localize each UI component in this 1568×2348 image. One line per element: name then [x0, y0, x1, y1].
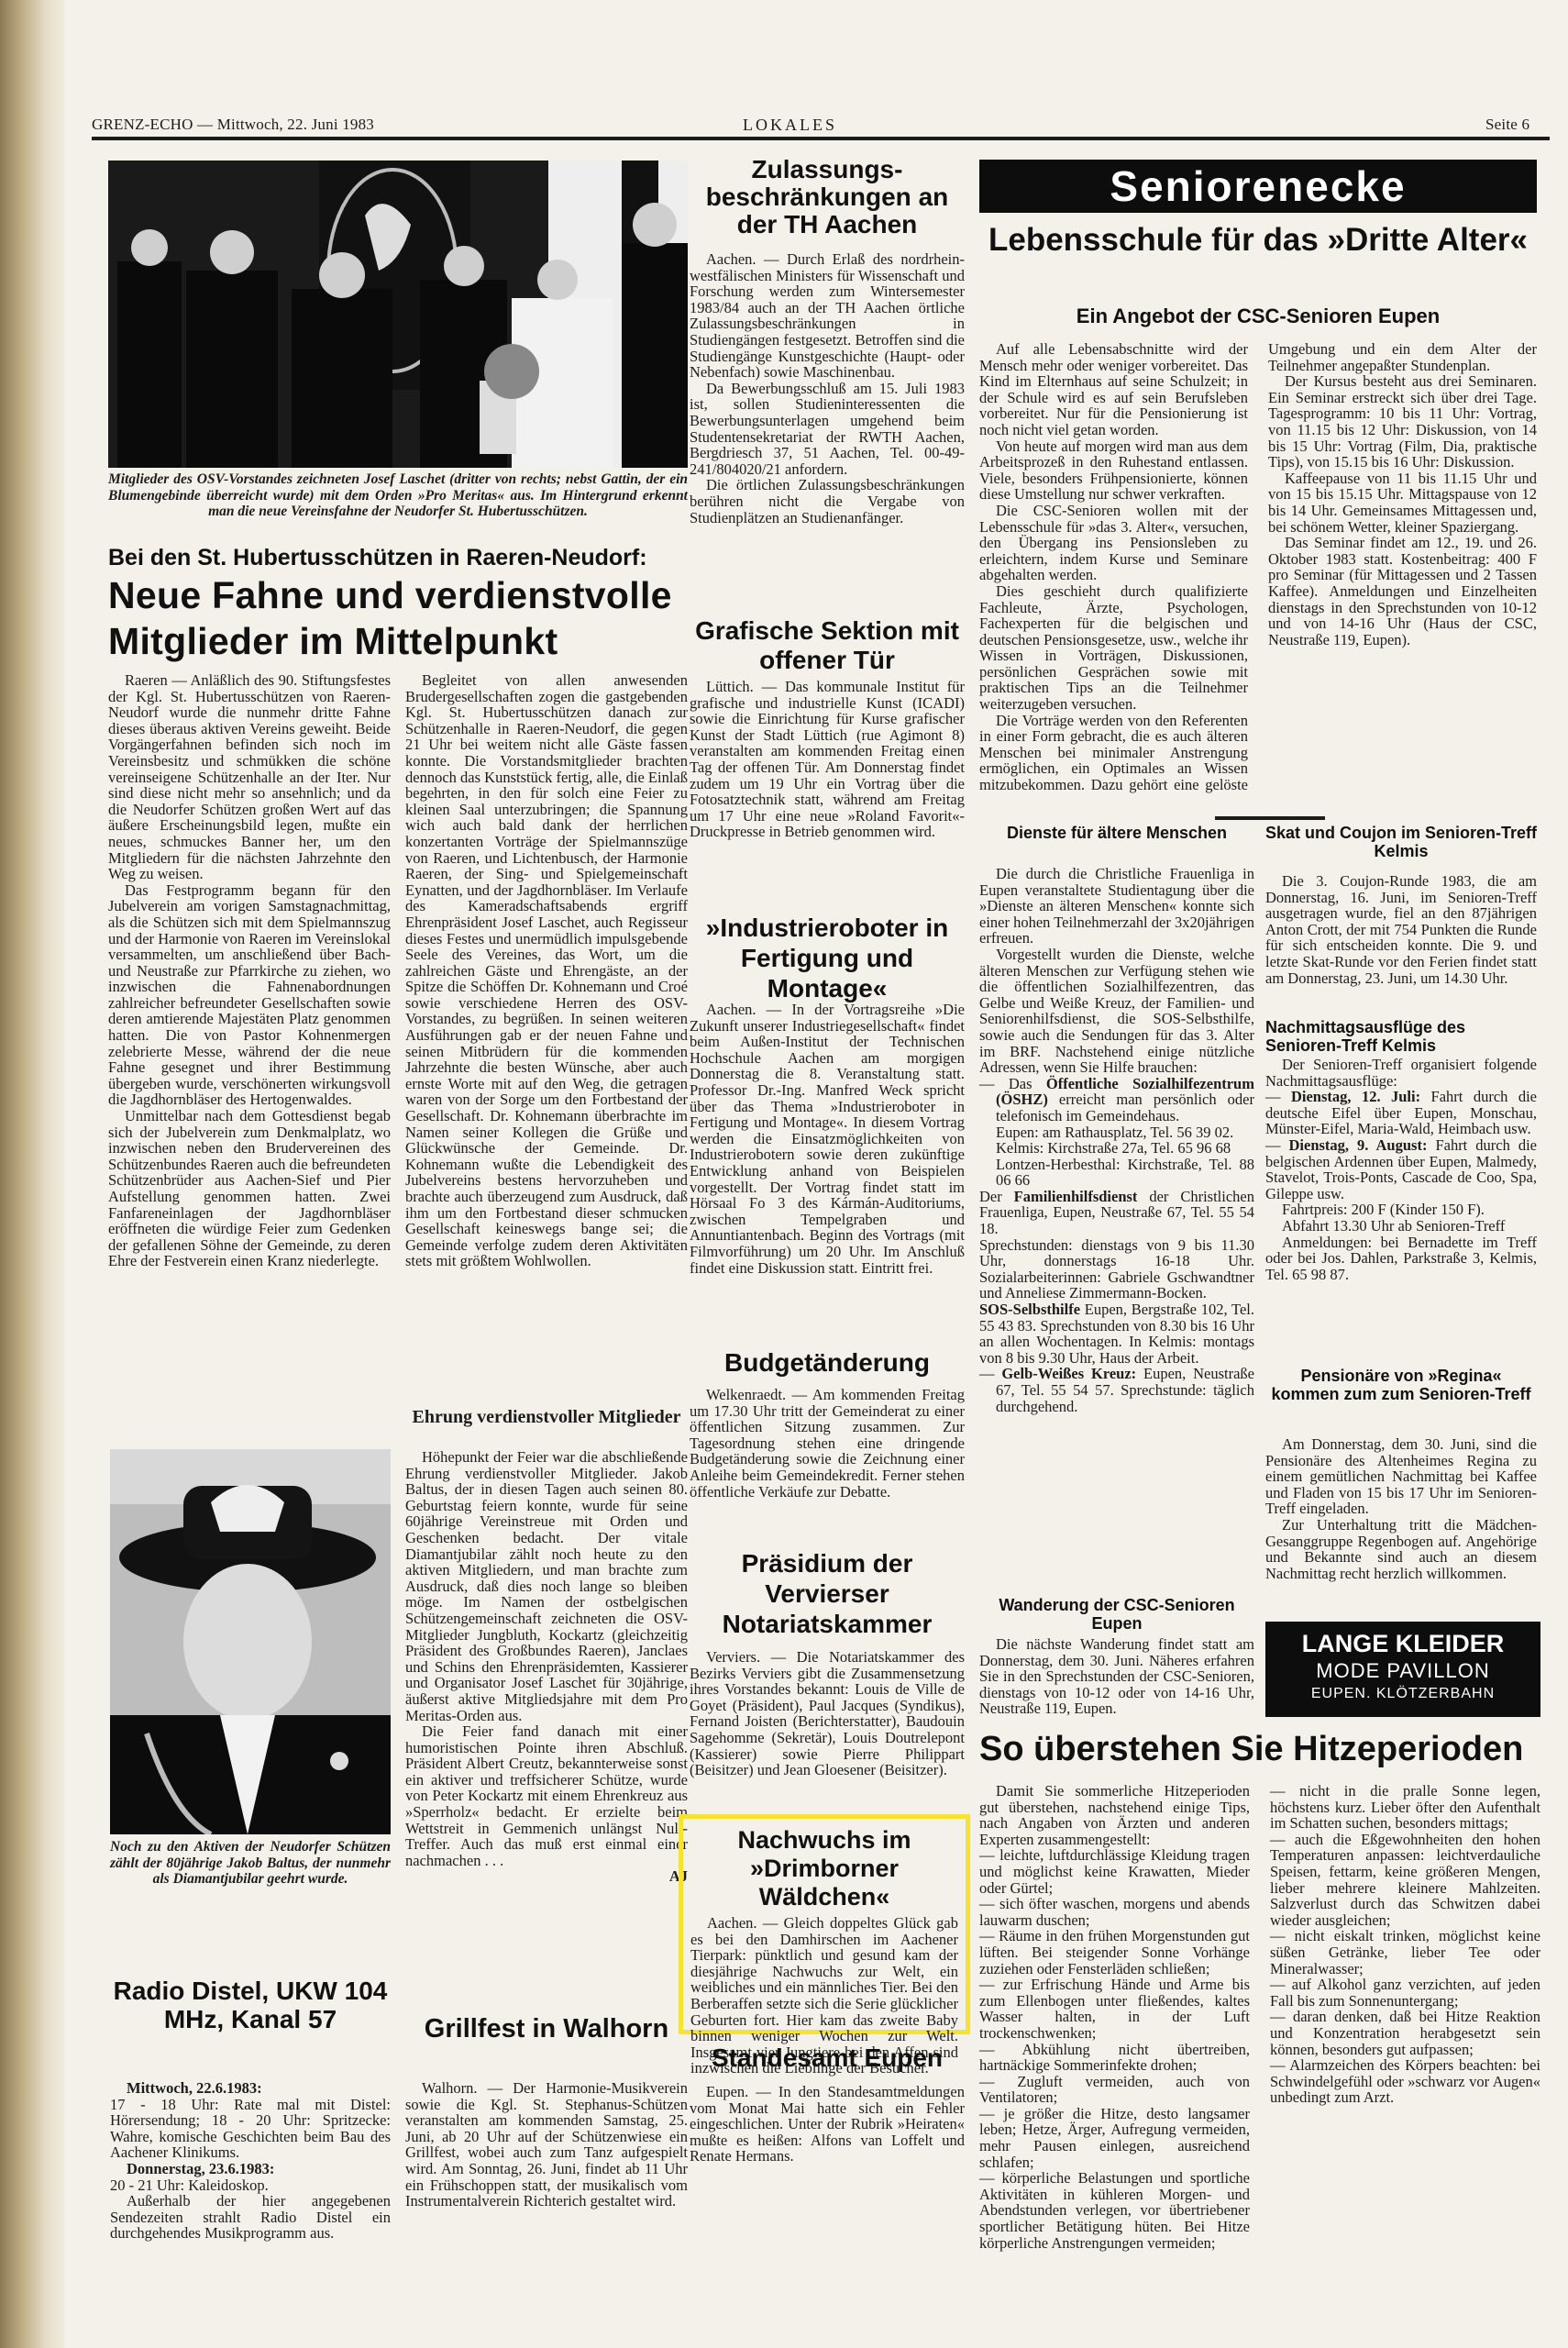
portrait-photo — [110, 1449, 391, 1834]
regina-headline: Pensionäre von »Regina« kommen zum zum S… — [1265, 1367, 1537, 1403]
nachwuchs-highlight-box: Nachwuchs im »Drimborner Wäldchen« Aache… — [679, 1814, 970, 2034]
tip: — nicht eiskalt trinken, möglichst keine… — [1270, 1928, 1540, 1977]
grafisch-article: Lüttich. — Das kommunale Institut für gr… — [690, 679, 965, 840]
section-divider — [1215, 816, 1325, 820]
paragraph: Die CSC-Senioren wollen mit der Lebenssc… — [979, 503, 1248, 583]
tip: — Alarmzeichen des Körpers beachten: bei… — [1270, 2057, 1540, 2106]
tip: — Zugluft vermeiden, auch von Ventilator… — [979, 2074, 1250, 2106]
hubertus-article-col-2: Begleitet von allen anwesenden Bruderges… — [405, 672, 688, 1269]
paragraph: Auf alle Lebensabschnitte wird der Mensc… — [979, 341, 1248, 438]
tip: — auch die Eßgewohnheiten den hohen Temp… — [1270, 1832, 1540, 1929]
radio-day-1-program: 17 - 18 Uhr: Rate mal mit Distel: Hörers… — [110, 2097, 391, 2161]
page-binding-edge — [0, 0, 64, 2348]
roboter-headline: »Industrieroboter in Fertigung und Monta… — [690, 913, 965, 1003]
tip: — Räume in den frühen Morgenstunden gut … — [979, 1928, 1250, 1977]
paragraph: Die örtlichen Zulassungsbeschränkungen b… — [690, 477, 965, 526]
mode-pavillon-ad[interactable]: LANGE KLEIDER MODE PAVILLON EUPEN. KLÖTZ… — [1265, 1622, 1540, 1717]
trip-registration: Anmeldungen: bei Bernadette im Treff ode… — [1265, 1235, 1537, 1283]
author-initials: AJ — [405, 1868, 688, 1885]
address-kelmis: Kelmis: Kirchstraße 27a, Tel. 65 96 68 — [979, 1140, 1254, 1157]
main-headline-line-1: Neue Fahne und verdienstvolle — [108, 574, 695, 616]
dienste-article: Die durch die Christliche Frauenliga in … — [979, 866, 1254, 1414]
nachwuchs-headline: Nachwuchs im »Drimborner Wäldchen« — [690, 1826, 958, 1911]
paragraph: Die Feier fand danach mit einer humorist… — [405, 1723, 688, 1868]
paragraph: Kaffeepause von 11 bis 11.15 Uhr und von… — [1268, 471, 1537, 535]
paragraph: Walhorn. — Der Harmonie-Musikverein sowi… — [405, 2080, 688, 2210]
tip: — daran denken, daß bei Hitze Reaktion u… — [1270, 2009, 1540, 2057]
group-photo-caption: Mitglieder des OSV-Vorstandes zeichneten… — [108, 471, 688, 520]
section-title: LOKALES — [743, 116, 837, 135]
ausfluege-article: Der Senioren-Treff organisiert folgende … — [1265, 1057, 1537, 1282]
tip: — Abkühlung nicht übertreiben, hartnäcki… — [979, 2042, 1250, 2074]
group-photo — [108, 161, 688, 468]
address-eupen: Eupen: am Rathausplatz, Tel. 56 39 02. — [979, 1124, 1254, 1141]
familienhilfsdienst-entry: Der Familienhilfsdienst der Christlichen… — [979, 1189, 1254, 1237]
paragraph: Raeren — Anläßlich des 90. Stiftungsfest… — [108, 672, 391, 882]
group-photo-illustration — [108, 161, 688, 468]
grafisch-headline: Grafische Sektion mit offener Tür — [690, 616, 965, 675]
masthead-rule — [92, 137, 1550, 140]
tip: — zur Erfrischung Hände und Arme bis zum… — [979, 1977, 1250, 2041]
trip-2: — Dienstag, 9. August: Fahrt durch die b… — [1265, 1137, 1537, 1202]
oeshz-entry: — Das Öffentliche Sozialhilfezentrum (ÖS… — [979, 1076, 1254, 1124]
trip-1: — Dienstag, 12. Juli: Fahrt durch die de… — [1265, 1089, 1537, 1137]
zulassung-headline: Zulassungs-beschränkungen an der TH Aach… — [690, 156, 965, 238]
paragraph: Der Senioren-Treff organisiert folgende … — [1265, 1057, 1537, 1089]
wanderung-article: Die nächste Wanderung findet statt am Do… — [979, 1636, 1254, 1717]
paragraph: Eupen. — In den Standesamtmeldungen vom … — [690, 2084, 965, 2165]
seniorenecke-banner: Seniorenecke — [979, 160, 1537, 213]
budget-article: Welkenraedt. — Am kommenden Freitag um 1… — [690, 1387, 965, 1500]
paragraph: Aachen. — Durch Erlaß des nordrhein-west… — [690, 251, 965, 381]
tip: — auf Alkohol ganz verzichten, auf jeden… — [1270, 1977, 1540, 2009]
trip-price: Fahrtpreis: 200 F (Kinder 150 F). — [1265, 1202, 1537, 1218]
paragraph: Welkenraedt. — Am kommenden Freitag um 1… — [690, 1387, 965, 1500]
portrait-caption: Noch zu den Aktiven der Neudorfer Schütz… — [110, 1839, 391, 1888]
sprechstunden-entry: Sprechstunden: dienstags von 9 bis 11.30… — [979, 1237, 1254, 1301]
radio-outro: Außerhalb der hier angegebenen Sendezeit… — [110, 2193, 391, 2242]
article-kicker: Bei den St. Hubertusschützen in Raeren-N… — [108, 545, 688, 571]
address-lontzen: Lontzen-Herbesthal: Kirchstraße, Tel. 88… — [979, 1157, 1254, 1189]
tip: — nicht in die pralle Sonne legen, höchs… — [1270, 1783, 1540, 1832]
ehrung-subhead: Ehrung verdienstvoller Mitglieder — [405, 1408, 688, 1427]
hitze-headline: So überstehen Sie Hitzeperioden — [979, 1729, 1540, 1769]
paragraph: Da Bewerbungsschluß am 15. Juli 1983 ist… — [690, 381, 965, 478]
zulassung-article: Aachen. — Durch Erlaß des nordrhein-west… — [690, 251, 965, 526]
paragraph: Die durch die Christliche Frauenliga in … — [979, 866, 1254, 947]
standesamt-headline: Standesamt Eupen — [690, 2043, 965, 2073]
standesamt-article: Eupen. — In den Standesamtmeldungen vom … — [690, 2084, 965, 2165]
paragraph: Begleitet von allen anwesenden Bruderges… — [405, 672, 688, 1269]
grillfest-article: Walhorn. — Der Harmonie-Musikverein sowi… — [405, 2080, 688, 2210]
paragraph: Verviers. — Die Notariatskammer des Bezi… — [690, 1649, 965, 1778]
ad-line-2: MODE PAVILLON — [1265, 1658, 1540, 1684]
radio-day-2-program: 20 - 21 Uhr: Kaleidoskop. — [110, 2177, 391, 2194]
tip: — je größer die Hitze, desto langsamer l… — [979, 2106, 1250, 2170]
paragraph: Damit Sie sommerliche Hitzeperioden gut … — [979, 1783, 1250, 1847]
regina-article: Am Donnerstag, dem 30. Juni, sind die Pe… — [1265, 1436, 1537, 1581]
paragraph: Vorgestellt wurden die Dienste, welche ä… — [979, 947, 1254, 1076]
wanderung-headline: Wanderung der CSC-Senioren Eupen — [979, 1596, 1254, 1633]
ad-line-1: LANGE KLEIDER — [1265, 1629, 1540, 1658]
paragraph: Aachen. — In der Vortragsreihe »Die Zuku… — [690, 1002, 965, 1276]
lebensschule-article: Auf alle Lebensabschnitte wird der Mensc… — [979, 341, 1537, 809]
ad-line-3: EUPEN. KLÖTZERBAHN — [1265, 1684, 1540, 1704]
seniorenecke-headline: Lebensschule für das »Dritte Alter« — [979, 222, 1537, 259]
paragraph: Die nächste Wanderung findet statt am Do… — [979, 1636, 1254, 1717]
dienste-headline: Dienste für ältere Menschen — [979, 824, 1254, 842]
gelb-weiss-kreuz-entry: — Gelb-Weißes Kreuz: Eupen, Neustraße 67… — [979, 1366, 1254, 1414]
hitze-article: Damit Sie sommerliche Hitzeperioden gut … — [979, 1783, 1540, 2260]
radio-day-1: Mittwoch, 22.6.1983: — [110, 2080, 391, 2097]
paragraph: Die 3. Coujon-Runde 1983, die am Donners… — [1265, 873, 1537, 986]
seniorenecke-subhead: Ein Angebot der CSC-Senioren Eupen — [979, 305, 1537, 328]
radio-day-2: Donnerstag, 23.6.1983: — [110, 2161, 391, 2177]
ausfluege-headline: Nachmittagsausflüge des Senioren-Treff K… — [1265, 1018, 1537, 1055]
tip: — körperliche Belastungen und sportliche… — [979, 2170, 1250, 2251]
grillfest-headline: Grillfest in Walhorn — [405, 2013, 688, 2044]
ehrung-article: Höhepunkt der Feier war die abschließend… — [405, 1449, 688, 1885]
tip: — leichte, luftdurchlässige Kleidung tra… — [979, 1847, 1250, 1896]
page-number: Seite 6 — [1485, 116, 1529, 134]
roboter-article: Aachen. — In der Vortragsreihe »Die Zuku… — [690, 1002, 965, 1276]
paragraph: Zur Unterhaltung tritt die Mädchen-Gesan… — [1265, 1517, 1537, 1581]
paragraph: Der Kursus besteht aus drei Seminaren. E… — [1268, 373, 1537, 471]
paragraph: Lüttich. — Das kommunale Institut für gr… — [690, 679, 965, 840]
paragraph: Dies geschieht durch qualifizierte Fachl… — [979, 583, 1248, 713]
hubertus-article-col-1: Raeren — Anläßlich des 90. Stiftungsfest… — [108, 672, 391, 1269]
sos-entry: SOS-Selbsthilfe Eupen, Bergstraße 102, T… — [979, 1301, 1254, 1366]
portrait-illustration — [110, 1449, 391, 1834]
tip: — sich öfter waschen, morgens und abends… — [979, 1896, 1250, 1928]
radio-distel-article: Mittwoch, 22.6.1983: 17 - 18 Uhr: Rate m… — [110, 2080, 391, 2242]
skat-headline: Skat und Coujon im Senioren-Treff Kelmis — [1265, 824, 1537, 860]
notariat-article: Verviers. — Die Notariatskammer des Bezi… — [690, 1649, 965, 1778]
paragraph: Von heute auf morgen wird man aus dem Ar… — [979, 438, 1248, 503]
main-headline-line-2: Mitglieder im Mittelpunkt — [108, 620, 695, 662]
newspaper-page: GRENZ-ECHO — Mittwoch, 22. Juni 1983 LOK… — [64, 0, 1568, 2348]
paragraph: Das Festprogramm begann für den Jubelver… — [108, 882, 391, 1108]
budget-headline: Budgetänderung — [690, 1348, 965, 1378]
paragraph: Am Donnerstag, dem 30. Juni, sind die Pe… — [1265, 1436, 1537, 1517]
skat-article: Die 3. Coujon-Runde 1983, die am Donners… — [1265, 873, 1537, 986]
paragraph: Höhepunkt der Feier war die abschließend… — [405, 1449, 688, 1723]
paragraph: Das Seminar findet am 12., 19. und 26. O… — [1268, 535, 1537, 648]
notariat-headline: Präsidium der Vervierser Notariatskammer — [690, 1548, 965, 1639]
radio-distel-headline: Radio Distel, UKW 104 MHz, Kanal 57 — [110, 1977, 391, 2033]
trip-departure: Abfahrt 13.30 Uhr ab Senioren-Treff — [1265, 1218, 1537, 1235]
paper-date: GRENZ-ECHO — Mittwoch, 22. Juni 1983 — [92, 116, 374, 134]
paragraph: Unmittelbar nach dem Gottesdienst begab … — [108, 1108, 391, 1269]
